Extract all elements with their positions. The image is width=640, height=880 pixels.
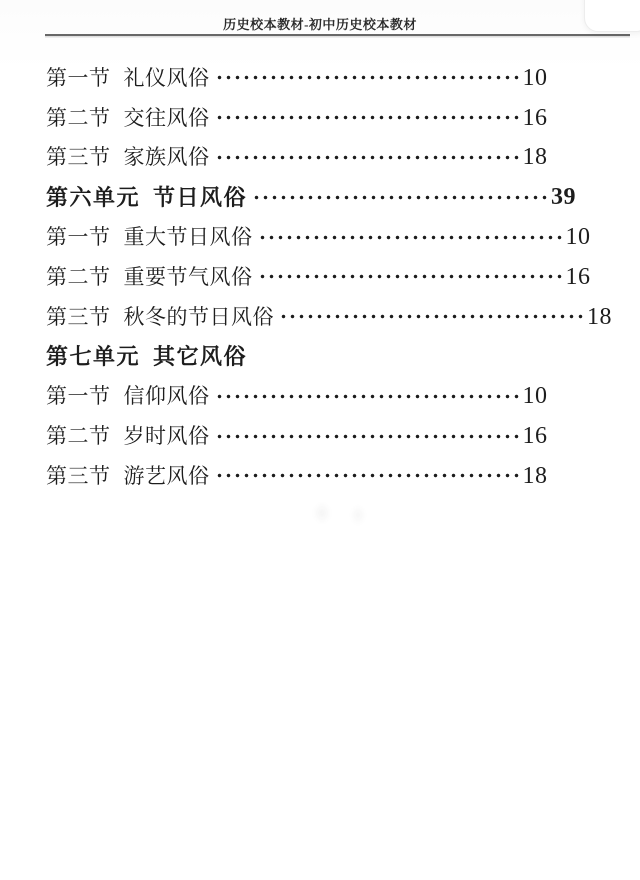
toc-section-number: 第三节 — [46, 301, 111, 331]
toc-section-number: 第二节 — [46, 261, 111, 291]
toc-list: 第一节 礼仪风俗 10 第二节 交往风俗 16 第三节 家族风俗 18 第六单元… — [46, 57, 632, 495]
toc-page-number: 16 — [523, 106, 548, 130]
toc-section-title: 节日风俗 — [153, 181, 247, 212]
toc-section-title: 礼仪风俗 — [124, 62, 210, 92]
toc-section-title: 交往风俗 — [124, 102, 210, 132]
toc-row: 第三节 游艺风俗 18 — [46, 455, 632, 495]
toc-row: 第七单元 其它风俗 — [46, 336, 632, 376]
toc-row: 第一节 重大节日风俗 10 — [46, 216, 632, 256]
dot-leader — [252, 187, 549, 208]
toc-page-number: 39 — [551, 185, 576, 209]
toc-page-number: 18 — [587, 305, 612, 329]
toc-page-number: 10 — [566, 225, 591, 249]
toc-page-number: 10 — [523, 66, 548, 90]
toc-page-number: 18 — [523, 145, 548, 169]
toc-section-number: 第三节 — [46, 460, 111, 490]
document-page: 历史校本教材-初中历史校本教材 第一节 礼仪风俗 10 第二节 交往风俗 16 … — [0, 0, 640, 880]
toc-section-number: 第一节 — [46, 62, 111, 92]
toc-page-number: 16 — [523, 424, 548, 448]
dot-leader — [279, 306, 585, 327]
toc-row: 第二节 重要节气风俗 16 — [46, 256, 632, 296]
dot-leader — [215, 386, 521, 407]
toc-section-title: 岁时风俗 — [124, 420, 210, 450]
toc-section-title: 其它风俗 — [153, 340, 247, 371]
running-header-title: 历史校本教材-初中历史校本教材 — [0, 14, 640, 33]
toc-page-number: 18 — [523, 464, 548, 488]
dot-leader — [215, 67, 521, 88]
dot-leader — [215, 107, 521, 128]
toc-section-title: 秋冬的节日风俗 — [124, 301, 275, 331]
toc-section-number: 第六单元 — [46, 181, 140, 212]
toc-page-number: 10 — [523, 384, 548, 408]
toc-row: 第一节 信仰风俗 10 — [46, 375, 632, 415]
dot-leader — [258, 227, 564, 248]
toc-section-number: 第七单元 — [46, 340, 140, 371]
header-rule — [45, 34, 630, 36]
toc-section-number: 第三节 — [46, 141, 111, 171]
toc-section-number: 第二节 — [46, 420, 111, 450]
toc-row: 第三节 秋冬的节日风俗 18 — [46, 296, 632, 336]
toc-section-number: 第一节 — [46, 380, 111, 410]
toc-section-title: 游艺风俗 — [124, 460, 210, 490]
toc-row: 第二节 交往风俗 16 — [46, 97, 632, 137]
dot-leader — [215, 426, 521, 447]
dot-leader — [215, 465, 521, 486]
faint-watermark — [295, 492, 385, 534]
corner-button[interactable] — [584, 0, 640, 32]
dot-leader — [215, 147, 521, 168]
toc-section-number: 第一节 — [46, 221, 111, 251]
toc-row: 第二节 岁时风俗 16 — [46, 415, 632, 455]
toc-row: 第三节 家族风俗 18 — [46, 137, 632, 177]
toc-section-title: 重大节日风俗 — [124, 221, 253, 251]
toc-section-number: 第二节 — [46, 102, 111, 132]
toc-section-title: 家族风俗 — [124, 141, 210, 171]
toc-section-title: 信仰风俗 — [124, 380, 210, 410]
toc-page-number: 16 — [566, 265, 591, 289]
toc-row: 第一节 礼仪风俗 10 — [46, 57, 632, 97]
toc-row: 第六单元 节日风俗 39 — [46, 176, 632, 216]
toc-section-title: 重要节气风俗 — [124, 261, 253, 291]
dot-leader — [258, 266, 564, 287]
